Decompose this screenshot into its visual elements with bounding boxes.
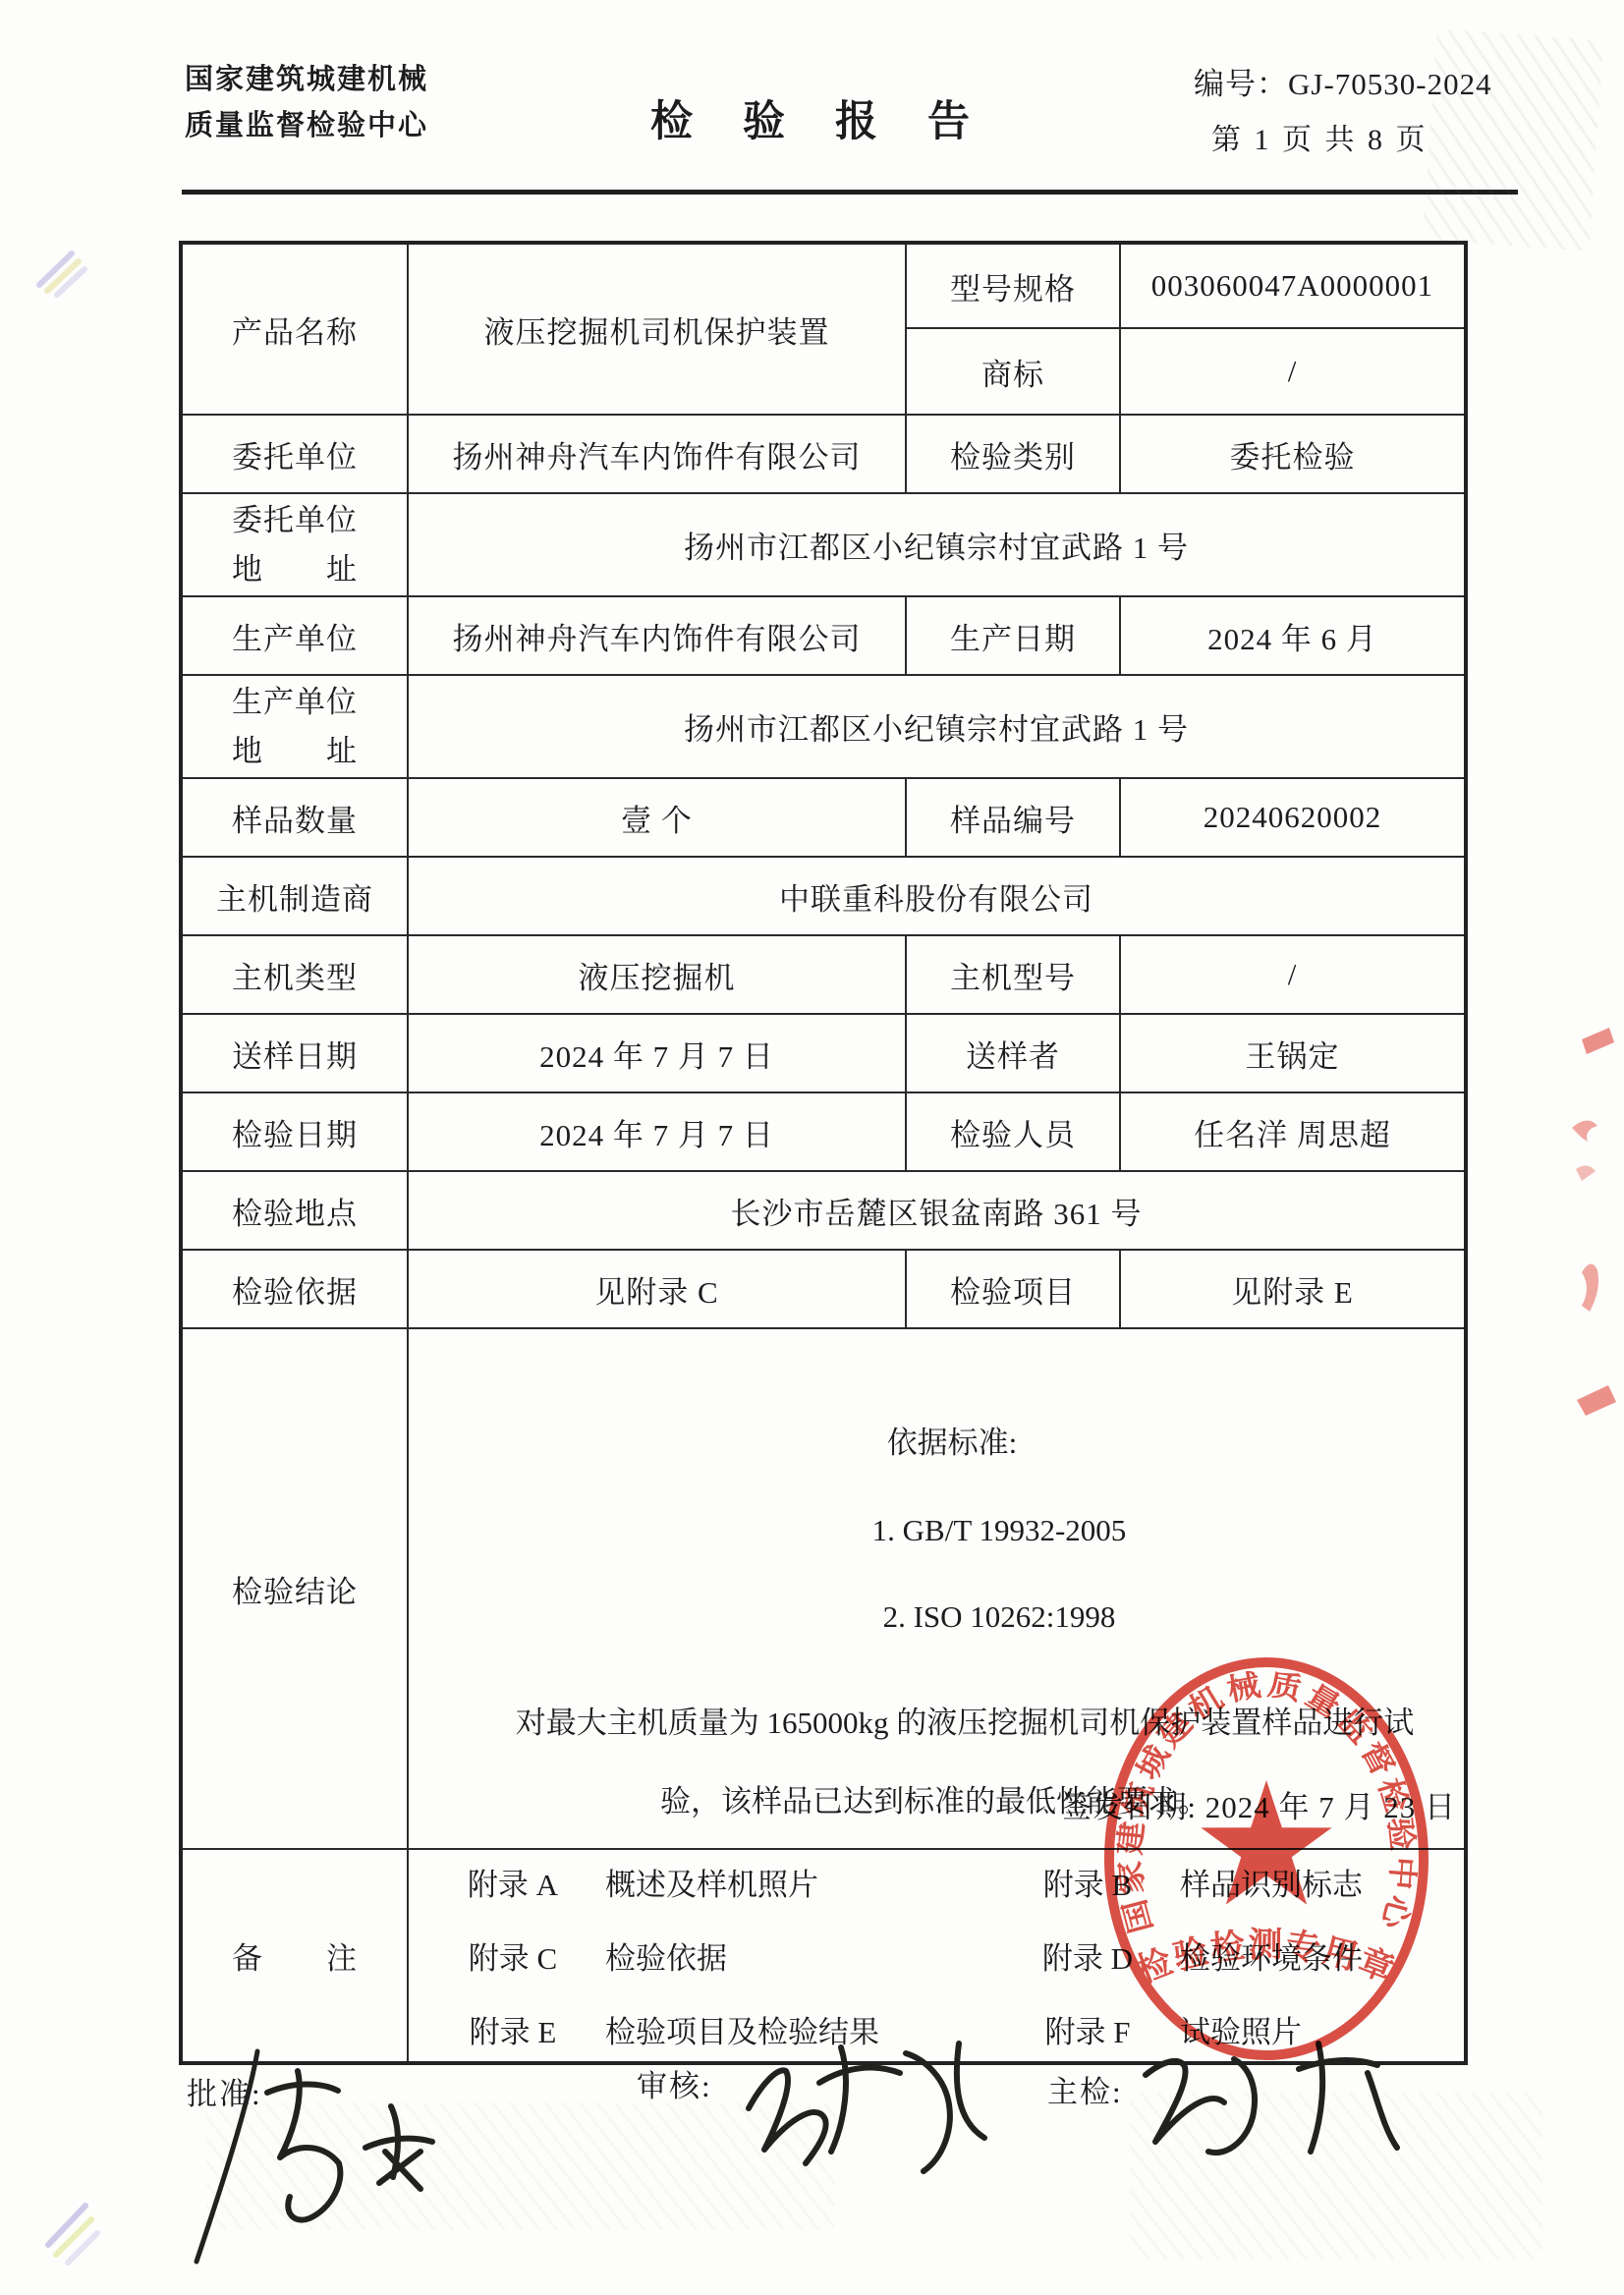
- inspection-type-label: 检验类别: [906, 415, 1120, 493]
- appendix-item-d: 附录 D检验环境条件: [1025, 1933, 1458, 1978]
- appendix-title: 检验依据: [576, 1933, 727, 1978]
- model-spec-value: 003060047A0000001: [1120, 243, 1466, 328]
- header-divider-rule: [182, 190, 1518, 195]
- header-right-block: 编号：GJ-70530-2024 第 1 页 共 8 页: [1194, 59, 1518, 158]
- appendix-code: 附录 B: [1025, 1860, 1150, 1904]
- inspection-basis-value: 见附录 C: [408, 1250, 906, 1328]
- inspection-items-value: 见附录 E: [1120, 1250, 1466, 1328]
- sample-number-label: 样品编号: [906, 778, 1120, 857]
- appendix-item-c: 附录 C检验依据: [450, 1933, 1025, 1978]
- report-title: 检 验 报 告: [650, 88, 974, 148]
- issuing-org-name: 国家建筑城建机械 质量监督检验中心: [185, 57, 428, 149]
- issue-date: 签发日期: 2024 年 7 月 23 日: [1061, 1782, 1456, 1826]
- host-manufacturer-value: 中联重科股份有限公司: [408, 857, 1466, 935]
- trademark-label: 商标: [906, 328, 1120, 415]
- conclusion-paragraph-line1: 对最大主机质量为 165000kg 的液压挖掘机司机保护装置样品进行试: [446, 1684, 1423, 1763]
- host-model-label: 主机型号: [906, 935, 1120, 1014]
- product-name-value: 液压挖掘机司机保护装置: [408, 243, 906, 415]
- host-model-value: /: [1120, 935, 1466, 1014]
- appendix-item-a: 附录 A概述及样机照片: [450, 1860, 1025, 1904]
- client-address-label: 委托单位 地 址: [181, 493, 408, 596]
- sample-quantity-value: 壹 个: [408, 778, 906, 857]
- inspection-basis-label: 检验依据: [181, 1250, 408, 1328]
- sample-delivery-date-value: 2024 年 7 月 7 日: [408, 1014, 906, 1092]
- conclusion-standard-1: 1. GB/T 19932-2005: [540, 1513, 1458, 1548]
- org-name-line1: 国家建筑城建机械: [185, 57, 428, 103]
- host-manufacturer-label: 主机制造商: [181, 857, 408, 935]
- production-date-label: 生产日期: [906, 596, 1120, 675]
- chief-inspector-signature: [1146, 2043, 1397, 2153]
- reviewer-signature: [749, 2043, 984, 2171]
- conclusion-cell: 依据标准: 1. GB/T 19932-2005 2. ISO 10262:19…: [408, 1328, 1466, 1849]
- inspection-items-label: 检验项目: [906, 1250, 1120, 1328]
- manufacturer-value: 扬州神舟汽车内饰件有限公司: [408, 596, 906, 675]
- appendix-item-b: 附录 B样品识别标志: [1025, 1860, 1458, 1904]
- manufacturer-label: 生产单位: [181, 596, 408, 675]
- production-date-value: 2024 年 6 月: [1120, 596, 1466, 675]
- edge-stamp-fragments: [1552, 1022, 1624, 1434]
- conclusion-label: 检验结论: [181, 1328, 408, 1849]
- inspectors-value: 任名洋 周思超: [1120, 1092, 1466, 1171]
- sample-number-value: 20240620002: [1120, 778, 1466, 857]
- report-number: 编号：GJ-70530-2024: [1194, 59, 1518, 103]
- manufacturer-address-value: 扬州市江都区小纪镇宗村宜武路 1 号: [408, 675, 1466, 778]
- client-label: 委托单位: [181, 415, 408, 493]
- manufacturer-address-label: 生产单位 地 址: [181, 675, 408, 778]
- trademark-value: /: [1120, 328, 1466, 415]
- inspection-type-value: 委托检验: [1120, 415, 1466, 493]
- appendix-title: 概述及样机照片: [576, 1860, 818, 1904]
- host-type-label: 主机类型: [181, 935, 408, 1014]
- watermark-fragment-left-upper: [28, 236, 96, 305]
- host-type-value: 液压挖掘机: [408, 935, 906, 1014]
- appendix-code: 附录 D: [1025, 1933, 1150, 1978]
- manufacturer-address-label-line1: 生产单位: [232, 678, 358, 727]
- sample-quantity-label: 样品数量: [181, 778, 408, 857]
- inspection-report-page: 国家建筑城建机械 质量监督检验中心 检 验 报 告 编号：GJ-70530-20…: [0, 0, 1624, 2295]
- client-address-value: 扬州市江都区小纪镇宗村宜武路 1 号: [408, 493, 1466, 596]
- manufacturer-address-label-line2: 地 址: [232, 727, 358, 776]
- product-name-label: 产品名称: [181, 243, 408, 415]
- appendix-code: 附录 A: [450, 1860, 576, 1904]
- page-indicator: 第 1 页 共 8 页: [1194, 115, 1518, 158]
- client-address-label-line2: 地 址: [232, 545, 358, 594]
- inspection-date-label: 检验日期: [181, 1092, 408, 1171]
- appendix-code: 附录 C: [450, 1933, 576, 1978]
- org-name-line2: 质量监督检验中心: [185, 103, 428, 149]
- appendix-title: 样品识别标志: [1150, 1860, 1363, 1904]
- conclusion-standard-2: 2. ISO 10262:1998: [540, 1599, 1458, 1635]
- appendix-title: 检验环境条件: [1150, 1933, 1363, 1978]
- inspection-location-label: 检验地点: [181, 1171, 408, 1250]
- inspection-date-value: 2024 年 7 月 7 日: [408, 1092, 906, 1171]
- client-value: 扬州神舟汽车内饰件有限公司: [408, 415, 906, 493]
- signatures-layer: [0, 2014, 1624, 2295]
- inspection-location-value: 长沙市岳麓区银盆南路 361 号: [408, 1171, 1466, 1250]
- sample-delivery-date-label: 送样日期: [181, 1014, 408, 1092]
- sample-deliverer-value: 王锅定: [1120, 1014, 1466, 1092]
- client-address-label-line1: 委托单位: [232, 496, 358, 545]
- sample-deliverer-label: 送样者: [906, 1014, 1120, 1092]
- inspectors-label: 检验人员: [906, 1092, 1120, 1171]
- approver-signature: [196, 2051, 432, 2262]
- conclusion-standards-heading: 依据标准:: [446, 1418, 1458, 1462]
- model-spec-label: 型号规格: [906, 243, 1120, 328]
